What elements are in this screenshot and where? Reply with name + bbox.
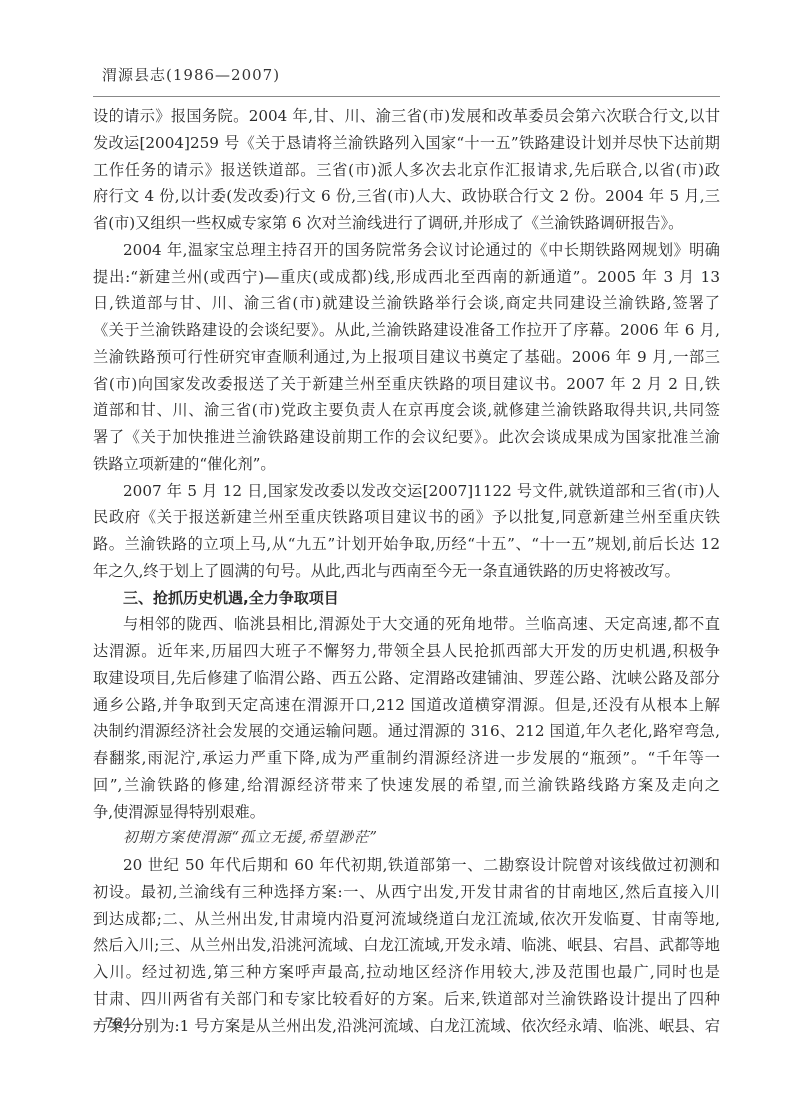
header-rule: [93, 96, 720, 97]
text-line: 兰渝铁路预可行性研究审查顺利通过,为上报项目建议书奠定了基础。2006 年 9 …: [93, 344, 720, 371]
text-line: 日,铁道部与甘、川、渝三省(市)就建设兰渝铁路举行会谈,商定共同建设兰渝铁路,签…: [93, 290, 720, 317]
text-line: 铁路立项新建的“催化剂”。: [93, 451, 720, 478]
page-number: – 764 –: [93, 1016, 143, 1032]
text-line: 年之久,终于划上了圆满的句号。从此,西北与西南至今无一条直通铁路的历史将被改写。: [93, 558, 720, 585]
text-line: 春翻浆,雨泥泞,承运力严重下降,成为严重制约渭源经济进一步发展的“瓶颈”。“千年…: [93, 745, 720, 772]
section-heading: 三、抢抓历史机遇,全力争取项目: [93, 585, 720, 612]
text-line: 然后入川;三、从兰州出发,沿洮河流域、白龙江流域,开发永靖、临洮、岷县、宕昌、武…: [93, 932, 720, 959]
text-line: 20 世纪 50 年代后期和 60 年代初期,铁道部第一、二勘察设计院曾对该线做…: [93, 852, 720, 879]
text-line: 省(市)向国家发改委报送了关于新建兰州至重庆铁路的项目建议书。2007 年 2 …: [93, 371, 720, 398]
text-line: 提出:“新建兰州(或西宁)—重庆(或成都)线,形成西北至西南的新通道”。2005…: [93, 264, 720, 291]
text-line: 达渭源。近年来,历届四大班子不懈努力,带领全县人民抢抓西部大开发的历史机遇,积极…: [93, 638, 720, 665]
text-line: 2004 年,温家宝总理主持召开的国务院常务会议讨论通过的《中长期铁路网规划》明…: [93, 237, 720, 264]
text-line: 民政府《关于报送新建兰州至重庆铁路项目建议书的函》予以批复,同意新建兰州至重庆铁: [93, 504, 720, 531]
text-line: 发改运[2004]259 号《关于恳请将兰渝铁路列入国家“十一五”铁路建设计划并…: [93, 130, 720, 157]
document-page: 渭源县志(1986—2007) 设的请示》报国务院。2004 年,甘、川、渝三省…: [0, 0, 800, 1093]
text-line: 府行文 4 份,以计委(发改委)行文 6 份,三省(市)人大、政协联合行文 2 …: [93, 183, 720, 210]
text-line: 初设。最初,兰渝线有三种选择方案:一、从西宁出发,开发甘肃省的甘南地区,然后直接…: [93, 879, 720, 906]
text-line: 2007 年 5 月 12 日,国家发改委以发改交运[2007]1122 号文件…: [93, 478, 720, 505]
subsection-heading: 初期方案使渭源“孤立无援,希望渺茫”: [93, 825, 720, 852]
running-head-title: 渭源县志(1986—2007): [102, 64, 280, 85]
text-line: 方案,分别为:1 号方案是从兰州出发,沿洮河流域、白龙江流域、依次经永靖、临洮、…: [93, 1013, 720, 1040]
body-text: 设的请示》报国务院。2004 年,甘、川、渝三省(市)发展和改革委员会第六次联合…: [93, 103, 720, 1039]
text-line: 通乡公路,并争取到天定高速在渭源开口,212 国道改道横穿渭源。但是,还没有从根…: [93, 692, 720, 719]
text-line: 工作任务的请示》报送铁道部。三省(市)派人多次去北京作汇报请求,先后联合,以省(…: [93, 157, 720, 184]
text-line: 设的请示》报国务院。2004 年,甘、川、渝三省(市)发展和改革委员会第六次联合…: [93, 103, 720, 130]
text-line: 争,使渭源显得特别艰难。: [93, 799, 720, 826]
text-line: 取建设项目,先后修建了临渭公路、西五公路、定渭路改建铺油、罗莲公路、沈峡公路及部…: [93, 665, 720, 692]
text-line: 路。兰渝铁路的立项上马,从“九五”计划开始争取,历经“十五”、“十一五”规划,前…: [93, 531, 720, 558]
text-line: 决制约渭源经济社会发展的交通运输问题。通过渭源的 316、212 国道,年久老化…: [93, 718, 720, 745]
text-line: 入川。经过初选,第三种方案呼声最高,拉动地区经济作用较大,涉及范围也最广,同时也…: [93, 959, 720, 986]
text-line: 回”,兰渝铁路的修建,给渭源经济带来了快速发展的希望,而兰渝铁路线路方案及走向之: [93, 772, 720, 799]
text-line: 甘肃、四川两省有关部门和专家比较看好的方案。后来,铁道部对兰渝铁路设计提出了四种: [93, 986, 720, 1013]
text-line: 道部和甘、川、渝三省(市)党政主要负责人在京再度会谈,就修建兰渝铁路取得共识,共…: [93, 397, 720, 424]
text-line: 《关于兰渝铁路建设的会谈纪要》。从此,兰渝铁路建设准备工作拉开了序幕。2006 …: [93, 317, 720, 344]
text-line: 署了《关于加快推进兰渝铁路建设前期工作的会议纪要》。此次会谈成果成为国家批准兰渝: [93, 424, 720, 451]
text-line: 省(市)又组织一些权威专家第 6 次对兰渝线进行了调研,并形成了《兰渝铁路调研报…: [93, 210, 720, 237]
text-line: 与相邻的陇西、临洮县相比,渭源处于大交通的死角地带。兰临高速、天定高速,都不直: [93, 611, 720, 638]
text-line: 到达成都;二、从兰州出发,甘肃境内沿夏河流域绕道白龙江流域,依次开发临夏、甘南等…: [93, 906, 720, 933]
